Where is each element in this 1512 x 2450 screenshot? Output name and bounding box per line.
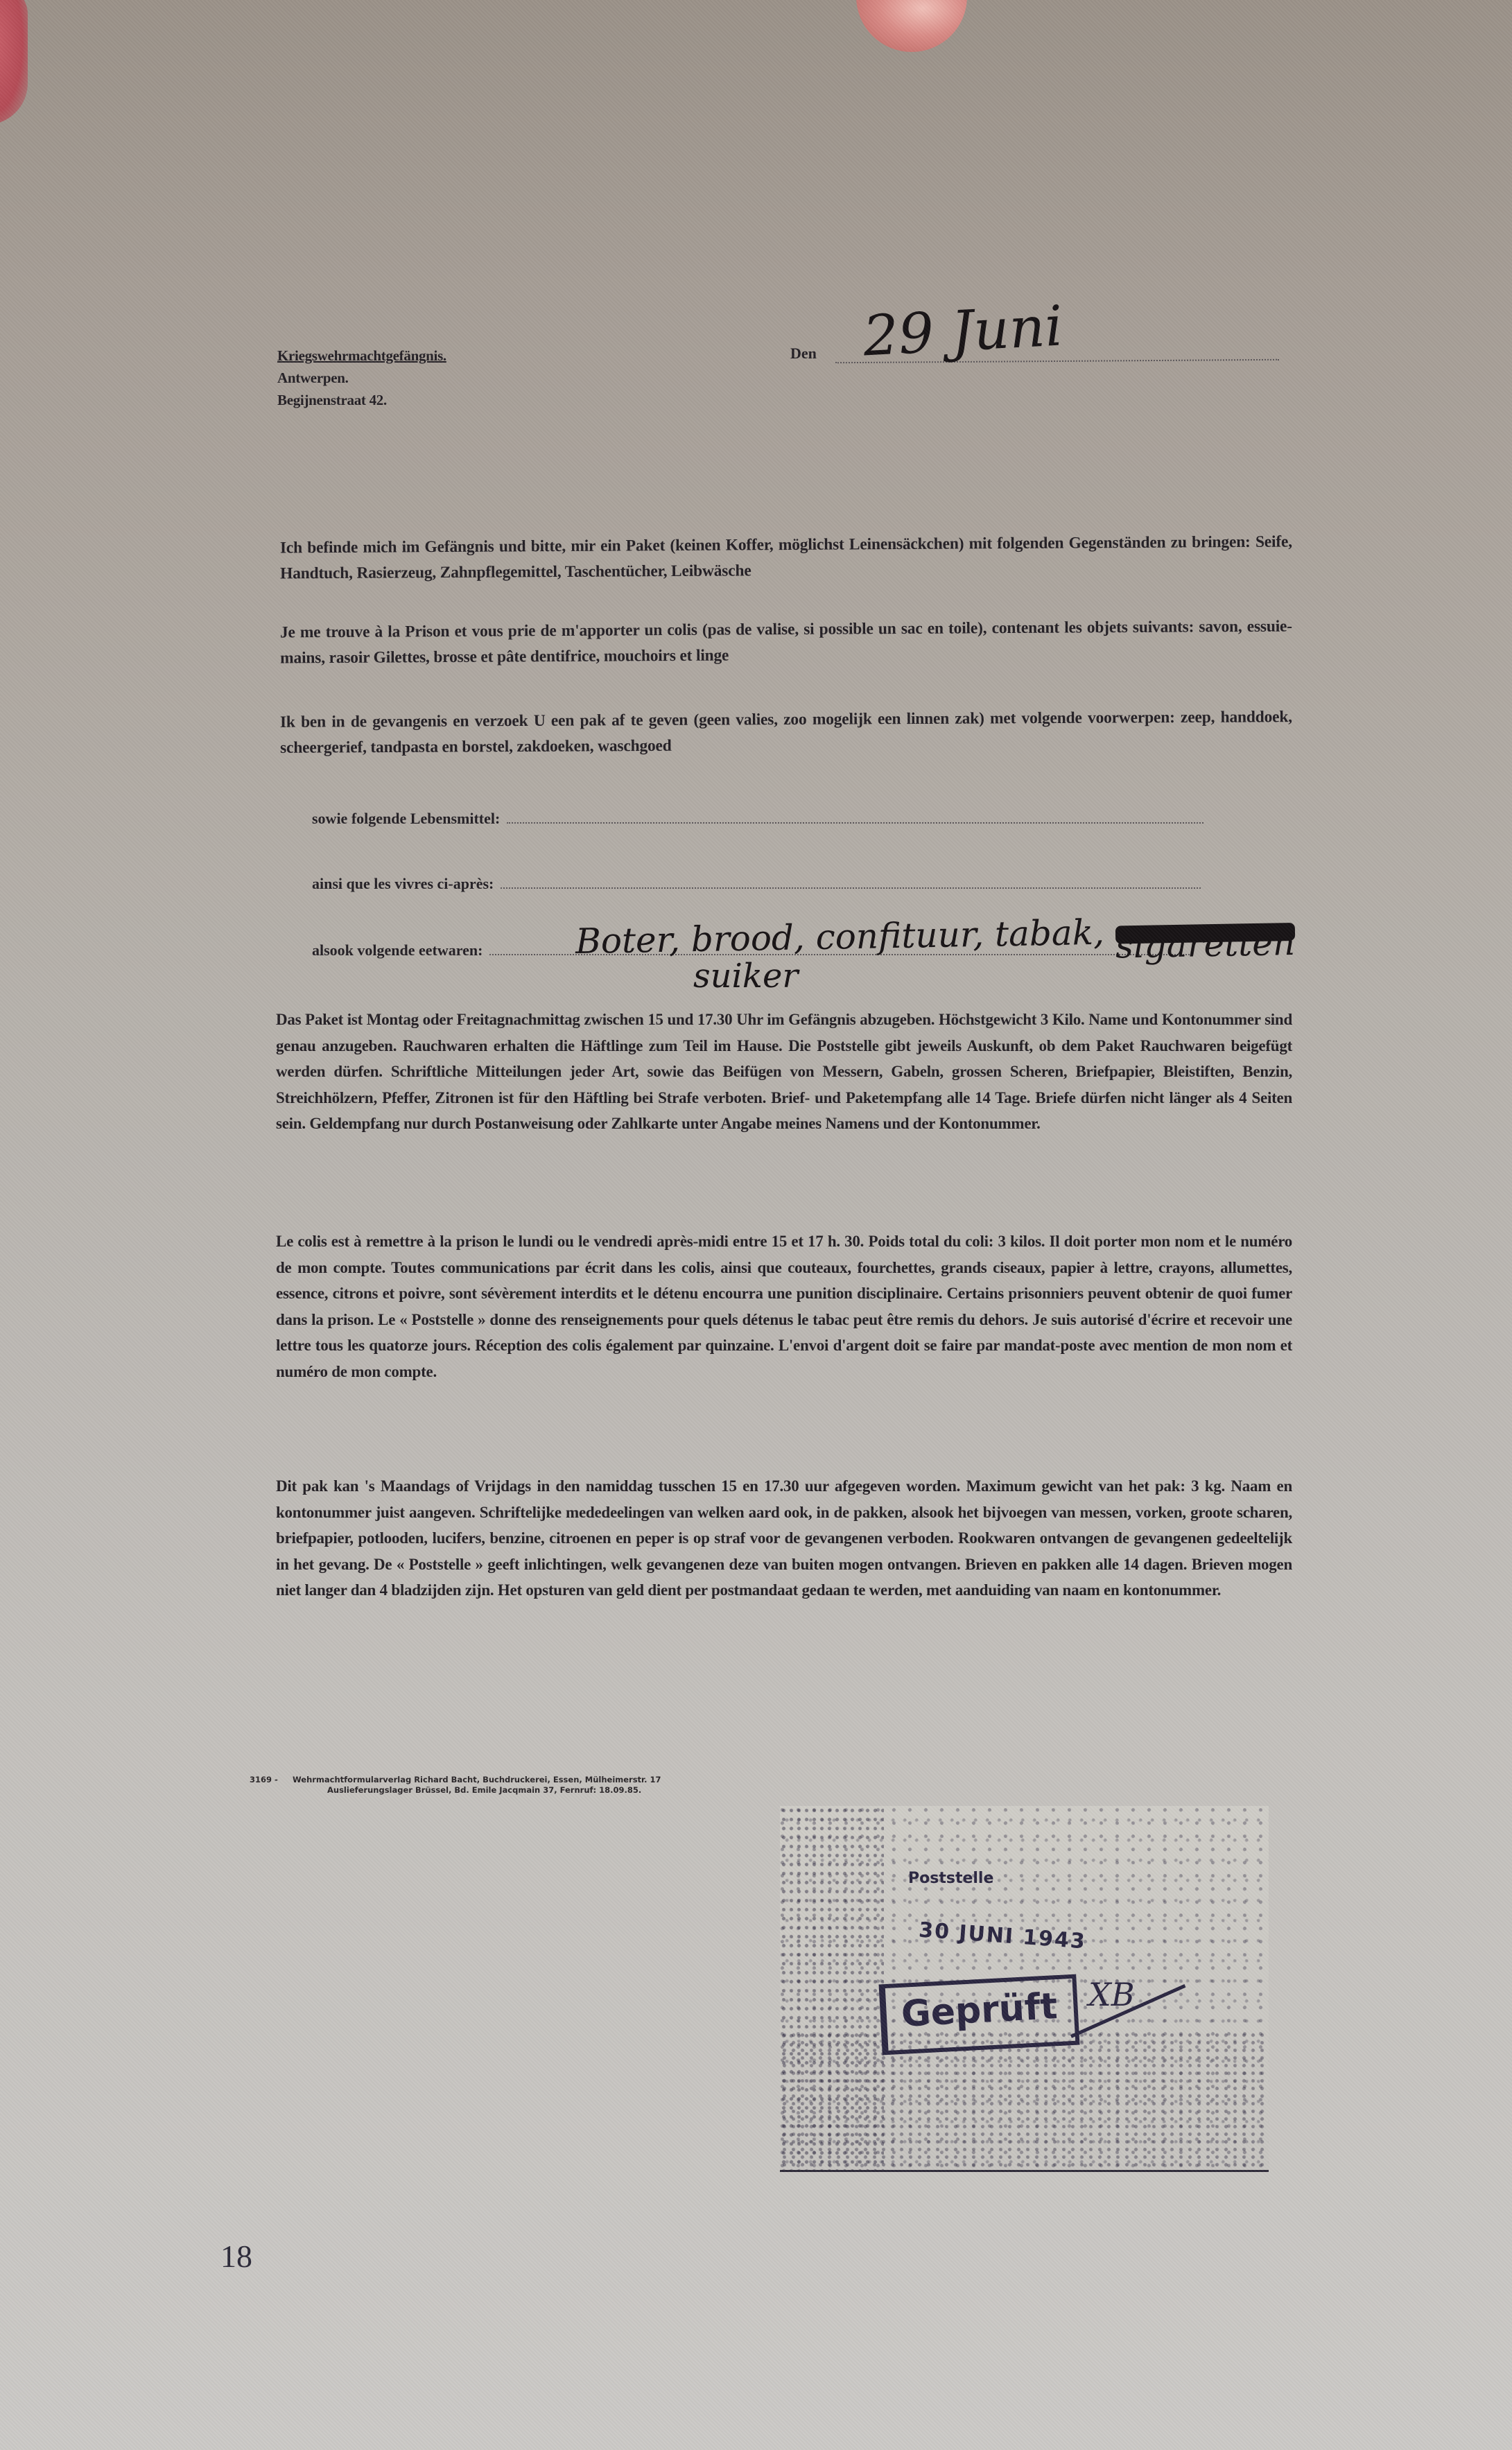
city: Antwerpen. [277,367,446,389]
holding-finger-left [0,0,28,125]
handwritten-food-list: Boter, brood, confituur, tabak, sigarett… [575,909,1296,962]
speckle-texture [780,2031,1269,2170]
printer-imprint: 3169 -Wehrmachtformularverlag Richard Ba… [250,1775,661,1796]
rules-dutch: Dit pak kan 's Maandags of Vrijdags in d… [276,1473,1292,1604]
handwritten-date: 29 Juni [862,299,1064,365]
form-code: 3169 - [250,1775,293,1785]
food-label-french: ainsi que les vivres ci-après: [312,875,494,893]
holding-finger-top [856,0,967,52]
letterhead: Kriegswehrmachtgefängnis. Antwerpen. Beg… [277,345,446,411]
food-field-french: ainsi que les vivres ci-après: [312,875,1201,893]
food-label-german: sowie folgende Lebensmittel: [312,810,500,828]
food-line-german [507,822,1203,824]
institution-name: Kriegswehrmachtgefängnis. [277,345,446,367]
censor-stamp-photocopy: Poststelle 30 JUNI 1943 Geprüft XB [780,1806,1269,2172]
stamp-office: Poststelle [908,1870,993,1887]
crossed-out-word: sigaretten [1115,923,1295,944]
handwritten-food-line2: suiker [693,957,798,996]
date-label: Den [790,345,817,363]
food-line-french [501,887,1201,889]
request-german: Ich befinde mich im Gefängnis und bitte,… [280,530,1292,587]
imprint-line-1: Wehrmachtformularverlag Richard Bacht, B… [293,1775,661,1784]
rules-german: Das Paket ist Montag oder Freitagnachmit… [276,1007,1292,1137]
stamp-date: 30 JUNI 1943 [918,1918,1087,1954]
stamp-initials: XB [1088,1976,1135,2013]
rules-french: Le colis est à remettre à la prison le l… [276,1228,1292,1384]
stamp-checked: Geprüft [901,1986,1059,2035]
book-page: Kriegswehrmachtgefängnis. Antwerpen. Beg… [0,0,1512,2450]
request-french: Je me trouve à la Prison et vous prie de… [280,614,1292,672]
request-dutch: Ik ben in de gevangenis en verzoek U een… [280,704,1292,761]
food-label-dutch: alsook volgende eetwaren: [312,941,483,959]
page-number: 18 [220,2238,252,2275]
street-address: Begijnenstraat 42. [277,389,446,411]
food-field-german: sowie folgende Lebensmittel: [312,810,1203,828]
imprint-line-2: Auslieferungslager Brüssel, Bd. Emile Ja… [250,1785,661,1796]
